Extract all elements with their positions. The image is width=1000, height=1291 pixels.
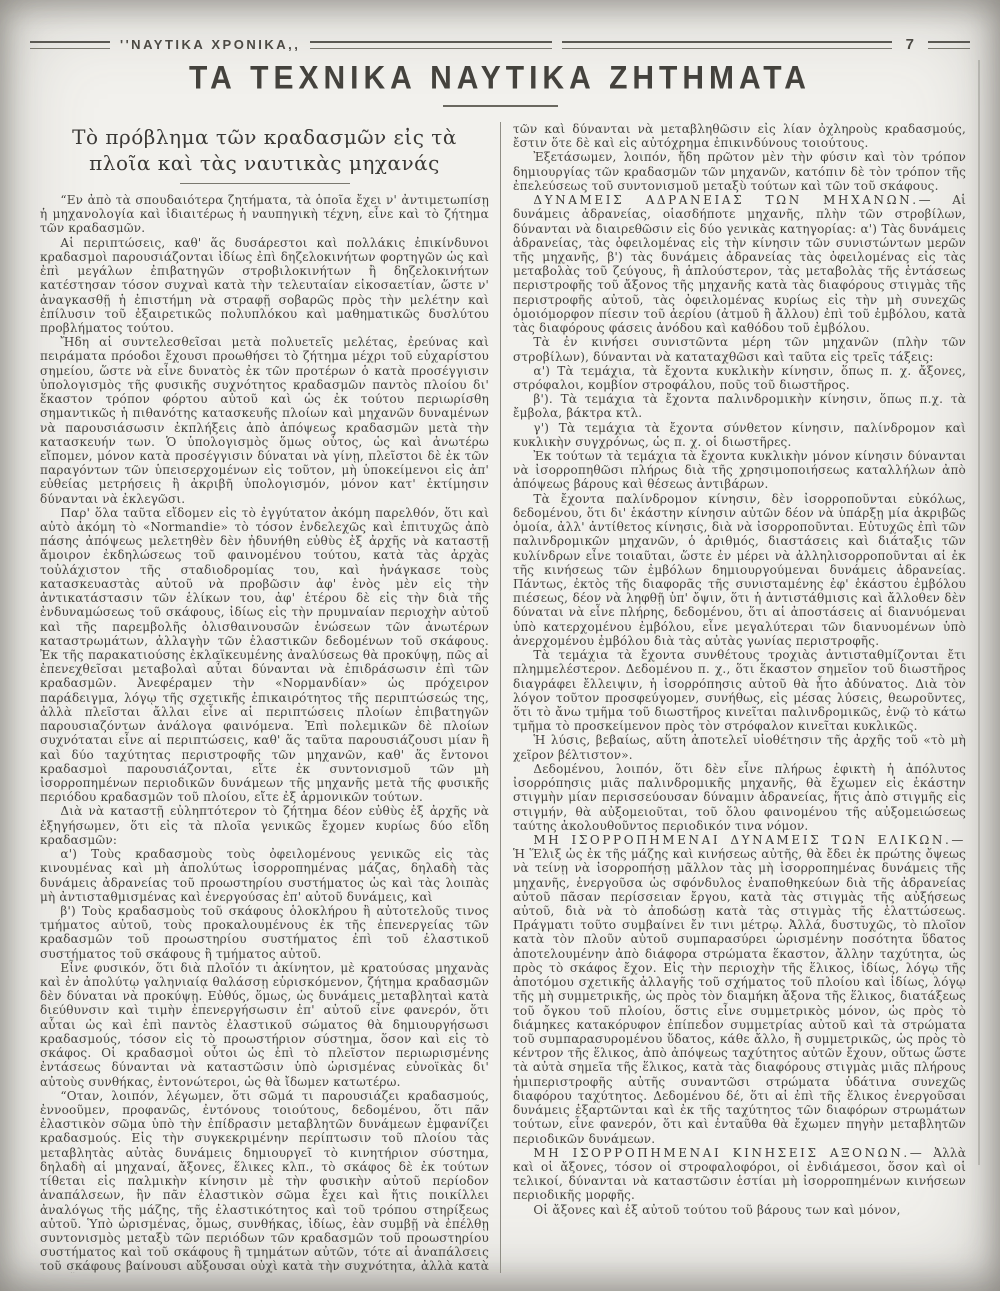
paragraph: γ') Τὰ τεμάχια τὰ ἔχοντα σύνθετον κίνησι… — [513, 421, 966, 449]
paragraph: Παρ' ὅλα ταῦτα εἴδομεν εἰς τὸ ἐγγύτατον … — [40, 506, 489, 805]
paragraph: Διὰ νὰ καταστῇ εὐληπτότερον τὸ ζήτημα δέ… — [40, 804, 489, 847]
paragraph: Ἡ λύσις, βεβαίως, αὕτη ἀποτελεῖ υἱοθέτησ… — [513, 733, 966, 761]
section-header: ΜΗ ΙΣΟΡΡΟΠΗΜΕΝΑΙ ΚΙΝΗΣΕΙΣ ΑΞΟΝΩΝ.— — [533, 1146, 924, 1160]
paragraph: ΔΥΝΑΜΕΙΣ ΑΔΡΑΝΕΙΑΣ ΤΩΝ ΜΗΧΑΝΩΝ.— Αἱ δυνά… — [513, 193, 966, 335]
paragraph: “Οταν, λοιπόν, λέγωμεν, ὅτι σῶμά τι παρο… — [40, 1089, 489, 1273]
section-header: ΜΗ ΙΣΟΡΡΟΠΗΜΕΝΑΙ ΔΥΝΑΜΕΙΣ ΤΩΝ ΕΛΙΚΩΝ.— — [533, 833, 966, 847]
article-columns: Τὸ πρόβλημα τῶν κραδασμῶν εἰς τὰ πλοῖα κ… — [40, 122, 966, 1273]
right-column: τῶν καὶ δύνανται νὰ μεταβληθῶσιν εἰς λία… — [501, 122, 966, 1273]
paragraph: Δεδομένου, λοιπόν, ὅτι δὲν εἶνε πλήρως ἐ… — [513, 762, 966, 833]
page-number: 7 — [902, 36, 918, 53]
scan-artifact-line — [978, 60, 980, 1165]
paragraph: Οἱ ἄξονες καὶ ἐξ αὐτοῦ τούτου τοῦ βάρους… — [513, 1203, 966, 1217]
double-rule — [310, 41, 552, 49]
magazine-page: ''ΝΑΥΤΙΚΑ ΧΡΟΝΙΚΑ,, 7 ΤΑ ΤΕΧΝΙΚΑ ΝΑΥΤΙΚΑ… — [0, 0, 1000, 1291]
paragraph-text: Αἱ δυνάμεις ἀδρανείας, οἱασδήποτε μηχανῆ… — [513, 193, 966, 335]
running-head: ''ΝΑΥΤΙΚΑ ΧΡΟΝΙΚΑ,, 7 — [30, 36, 970, 53]
paragraph: ΜΗ ΙΣΟΡΡΟΠΗΜΕΝΑΙ ΔΥΝΑΜΕΙΣ ΤΩΝ ΕΛΙΚΩΝ.— Ἡ… — [513, 833, 966, 1146]
paragraph: Εἶνε φυσικόν, ὅτι διὰ πλοῖόν τι ἀκίνητον… — [40, 961, 489, 1089]
paragraph: Αἱ περιπτώσεις, καθ' ἅς δυσάρεστοι καὶ π… — [40, 236, 489, 336]
page-title-rule — [443, 105, 558, 107]
article-title-rule — [180, 183, 350, 184]
paragraph: Ἤδη αἱ συντελεσθεῖσαι μετὰ πολυετεῖς μελ… — [40, 335, 489, 506]
page-title: ΤΑ ΤΕΧΝΙΚΑ ΝΑΥΤΙΚΑ ΖΗΤΗΜΑΤΑ — [0, 61, 1000, 98]
paragraph: α') Τὰ τεμάχια, τὰ ἔχοντα κυκλικὴν κίνησ… — [513, 364, 966, 392]
paragraph: τῶν καὶ δύνανται νὰ μεταβληθῶσιν εἰς λία… — [513, 122, 966, 150]
paragraph: “Εν ἀπὸ τὰ σπουδαιότερα ζητήματα, τὰ ὁπο… — [40, 193, 489, 236]
double-rule — [928, 41, 970, 49]
left-column: Τὸ πρόβλημα τῶν κραδασμῶν εἰς τὰ πλοῖα κ… — [40, 122, 500, 1273]
double-rule — [30, 41, 110, 49]
double-rule — [562, 41, 892, 49]
paragraph: β') Τοὺς κραδασμοὺς τοῦ σκάφους ὁλοκλήρο… — [40, 904, 489, 961]
paragraph: β'). Τὰ τεμάχια τὰ ἔχοντα παλινδρομικὴν … — [513, 392, 966, 420]
paragraph: Ἐκ τούτων τὰ τεμάχια τὰ ἔχοντα κυκλικὴν … — [513, 449, 966, 492]
paragraph: Τὰ τεμάχια τὰ ἔχοντα συνθέτους τροχιὰς ἀ… — [513, 648, 966, 733]
masthead: ''ΝΑΥΤΙΚΑ ΧΡΟΝΙΚΑ,, — [120, 37, 300, 52]
paragraph: Τὰ ἐν κινήσει συνιστῶντα μέρη τῶν μηχανῶ… — [513, 335, 966, 363]
paragraph-text: Ἡ Ἕλιξ ὡς ἐκ τῆς μάζης καὶ κινήσεως αὐτῆ… — [513, 847, 966, 1145]
section-header: ΔΥΝΑΜΕΙΣ ΑΔΡΑΝΕΙΑΣ ΤΩΝ ΜΗΧΑΝΩΝ.— — [533, 193, 933, 207]
paragraph: α') Τοὺς κραδασμοὺς τοὺς ὀφειλομένους γε… — [40, 847, 489, 904]
article-title: Τὸ πρόβλημα τῶν κραδασμῶν εἰς τὰ πλοῖα κ… — [40, 124, 489, 176]
paragraph: Ἐξετάσωμεν, λοιπόν, ἤδη πρῶτον μὲν τὴν φ… — [513, 150, 966, 193]
paragraph: ΜΗ ΙΣΟΡΡΟΠΗΜΕΝΑΙ ΚΙΝΗΣΕΙΣ ΑΞΟΝΩΝ.— Ἀλλὰ … — [513, 1146, 966, 1203]
paragraph: Τὰ ἔχοντα παλίνδρομον κίνησιν, δὲν ἰσορρ… — [513, 492, 966, 648]
